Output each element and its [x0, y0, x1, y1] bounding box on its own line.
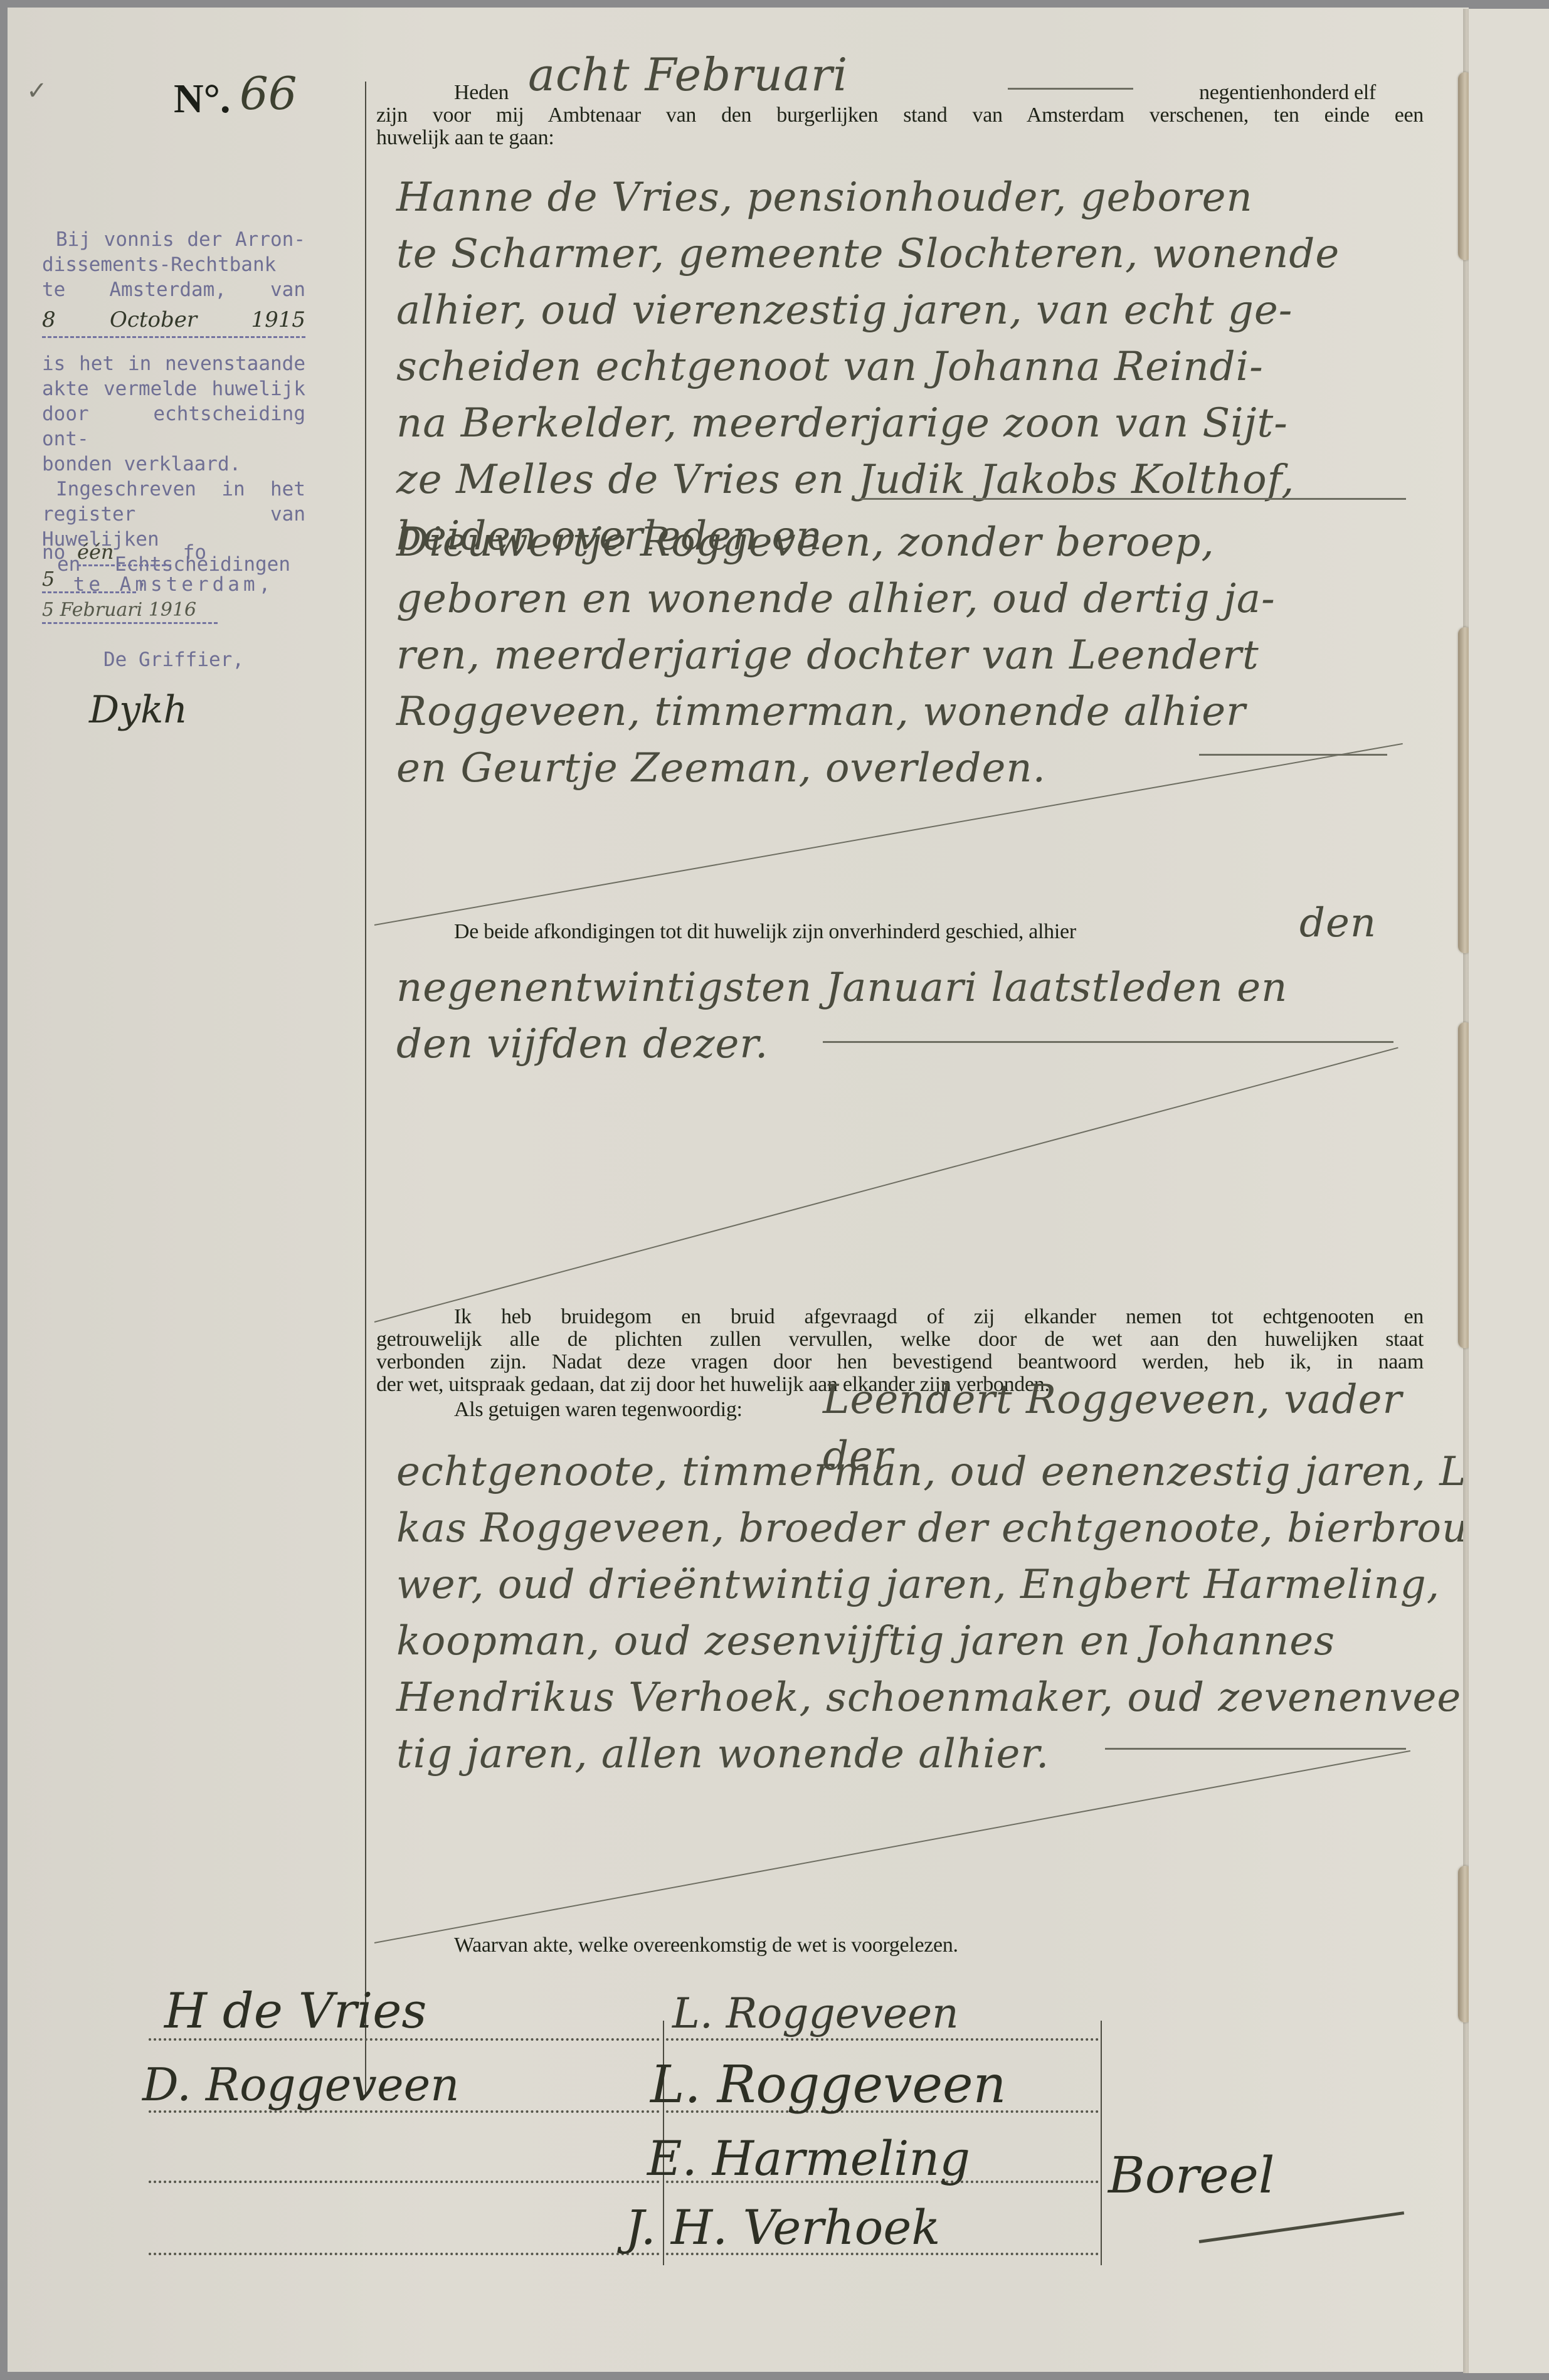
witness-line: wer, oud drieëntwintig jaren, Engbert Ha…: [396, 1557, 1508, 1613]
bride-signature: D. Roggeveen: [142, 2058, 460, 2111]
registration-date-field: 5 Februari 1916: [42, 597, 218, 624]
marriage-date: acht Februari: [528, 46, 848, 103]
official-signature: Boreel: [1108, 2146, 1274, 2204]
margin-rule: [365, 82, 366, 2095]
closing-text: Waarvan akte, welke overeenkomstig de we…: [454, 1934, 958, 1957]
groom-fill-line: [860, 498, 1406, 500]
clerk-signature: Dykh: [89, 688, 188, 732]
groom-line: scheiden echtgenoot van Johanna Reindi-: [396, 339, 1340, 395]
witnesses-details: echtgenoote, timmerman, oud eenenzestig …: [396, 1444, 1508, 1782]
witness-line: tig jaren, allen wonende alhier.: [396, 1726, 1508, 1782]
note-line: bonden verklaard.: [42, 452, 305, 477]
banns-details: negenentwintigsten Januari laatstleden e…: [396, 960, 1287, 1072]
banns-printed: De beide afkondigingen tot dit huwelijk …: [454, 921, 1076, 943]
bride-details: Dieuwertje Roggeveen, zonder beroep, geb…: [396, 514, 1276, 796]
witness-signature-4: J. H. Verhoek: [625, 2199, 940, 2255]
witnesses-fill-line: [1105, 1748, 1406, 1750]
witnesses-label: Als getuigen waren tegenwoordig:: [454, 1399, 743, 1421]
bride-fill-line: [1199, 754, 1387, 756]
strike-diagonal-2: [374, 1047, 1398, 1323]
witness-line: echtgenoote, timmerman, oud eenenzestig …: [396, 1444, 1508, 1500]
banns-line: negenentwintigsten Januari laatstleden e…: [396, 960, 1287, 1016]
groom-signature: H de Vries: [164, 1983, 426, 2039]
signature-line: [149, 2181, 660, 2183]
note-line: door echtscheiding ont-: [42, 401, 305, 452]
note-line: akte vermelde huwelijk: [42, 376, 305, 401]
witness-signature-1: L. Roggeveen: [672, 1989, 959, 2038]
witness-line: Hendrikus Verhoek, schoenmaker, oud zeve…: [396, 1669, 1508, 1726]
year-printed: negentienhonderd elf: [1199, 82, 1376, 104]
register-page: ✓ N°. 66 Bij vonnis der Arron- dissement…: [8, 8, 1469, 2372]
register-no-value: één: [77, 539, 171, 566]
judgment-date-field: 8 October 1915: [42, 307, 305, 338]
registration-place: te Amsterdam,: [42, 572, 305, 597]
facing-page-edge: [1469, 9, 1549, 2373]
note-line: dissements-Rechtbank: [42, 252, 305, 277]
divorce-note-intro: Bij vonnis der Arron- dissements-Rechtba…: [42, 227, 305, 302]
groom-line: te Scharmer, gemeente Slochteren, wonend…: [396, 226, 1340, 282]
groom-line: alhier, oud vierenzestig jaren, van echt…: [396, 282, 1340, 339]
witness-signature-2: L. Roggeveen: [650, 2055, 1006, 2115]
heden-label: Heden: [454, 82, 509, 104]
header-line-2: zijn voor mij Ambtenaar van den burgerli…: [376, 104, 1424, 127]
note-line: Bij vonnis der Arron-: [42, 227, 305, 252]
banns-line: den vijfden dezer.: [396, 1016, 1287, 1072]
record-number-value: 66: [240, 67, 297, 120]
witness-line: kas Roggeveen, broeder der echtgenoote, …: [396, 1500, 1508, 1557]
note-line: is het in nevenstaande: [42, 351, 305, 376]
bride-line: Dieuwertje Roggeveen, zonder beroep,: [396, 514, 1276, 571]
official-flourish: [1199, 2211, 1404, 2243]
signature-divider-2: [1101, 2021, 1102, 2265]
groom-details: Hanne de Vries, pensionhouder, geboren t…: [396, 169, 1340, 564]
header-line-3: huwelijk aan te gaan:: [376, 127, 554, 149]
judgment-date: 8 October 1915: [42, 307, 305, 332]
witness-line: koopman, oud zesenvijftig jaren en Johan…: [396, 1613, 1508, 1669]
groom-line: na Berkelder, meerderjarige zoon van Sij…: [396, 395, 1340, 452]
ceremony-line: getrouwelijk alle de plichten zullen ver…: [376, 1328, 1424, 1351]
clerk-title: De Griffier,: [42, 647, 305, 672]
register-no-label: no: [42, 541, 65, 564]
record-number-label: N°.: [174, 75, 231, 123]
bride-line: geboren en wonende alhier, oud dertig ja…: [396, 571, 1276, 627]
banns-written-start: den: [1299, 895, 1377, 951]
bride-line: en Geurtje Zeeman, overleden.: [396, 740, 1276, 796]
note-line: Ingeschreven in het: [42, 477, 305, 502]
date-fill-line: [1008, 88, 1133, 90]
corner-check-mark: ✓: [26, 77, 48, 105]
bride-line: ren, meerderjarige dochter van Leendert: [396, 627, 1276, 684]
registration-date: 5 Februari 1916: [42, 599, 196, 621]
witness-signature-3: E. Harmeling: [647, 2130, 970, 2186]
note-line: te Amsterdam, van: [42, 277, 305, 302]
groom-line: Hanne de Vries, pensionhouder, geboren: [396, 169, 1340, 226]
signature-line: [149, 2253, 660, 2255]
signature-line: [666, 2038, 1099, 2041]
ceremony-line: verbonden zijn. Nadat deze vragen door h…: [376, 1351, 1424, 1373]
banns-fill-line: [823, 1041, 1393, 1043]
bride-line: Roggeveen, timmerman, wonende alhier: [396, 684, 1276, 740]
ceremony-line: Ik heb bruidegom en bruid afgevraagd of …: [376, 1306, 1424, 1328]
folio-label: fo: [183, 541, 206, 564]
